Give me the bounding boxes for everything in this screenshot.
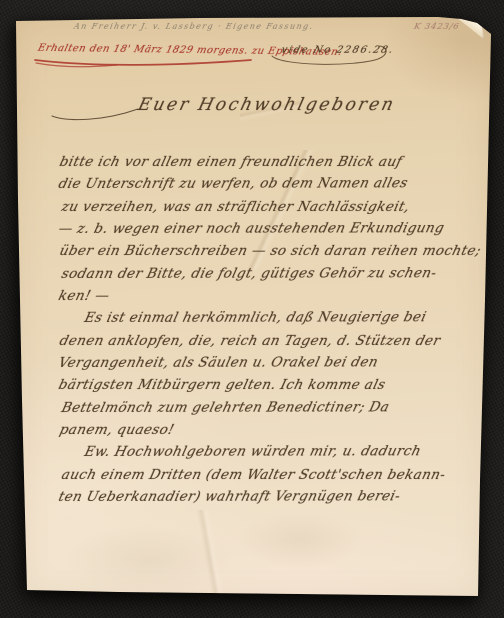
letter-line: bitte ich vor allem einen freundlichen B…	[57, 151, 476, 173]
letter-line: denen anklopfen, die, reich an Tagen, d.…	[57, 330, 476, 352]
letter-line: Vergangenheit, als Säulen u. Orakel bei …	[56, 351, 476, 374]
letter-line: — z. b. wegen einer noch ausstehenden Er…	[56, 217, 476, 240]
vide-circle-stroke	[268, 42, 394, 70]
letter-line: bärtigsten Mitbürgern gelten. Ich komme …	[56, 374, 476, 396]
letter-line: panem, quaeso!	[57, 419, 476, 441]
letter-line: zu verzeihen, was an sträflicher Nachläs…	[59, 196, 476, 218]
letter-line: Es ist einmal herkömmlich, daß Neugierig…	[56, 307, 476, 330]
letter-line: ten Ueberkanadier) wahrhaft Vergnügen be…	[56, 485, 476, 508]
red-underline-stroke	[33, 56, 257, 70]
letter-sheet: An Freiherr J. v. Lassberg · Eigene Fass…	[0, 0, 504, 618]
letter-line: auch einem Dritten (dem Walter Scott'sch…	[59, 464, 476, 486]
salutation-flourish	[50, 106, 140, 124]
letter-line: Ew. Hochwohlgeboren würden mir, u. dadur…	[56, 441, 476, 464]
salutation: Euer Hochwohlgeboren	[136, 95, 398, 115]
photo-background: An Freiherr J. v. Lassberg · Eigene Fass…	[0, 0, 504, 618]
letter-body: bitte ich vor allem einen freundlichen B…	[56, 151, 470, 509]
letter-line: sodann der Bitte, die folgt, gütiges Geh…	[59, 262, 476, 285]
dedication-note: An Freiherr J. v. Lassberg · Eigene Fass…	[73, 22, 314, 31]
letter-line: ken! —	[56, 285, 476, 307]
catalog-number: K 3423/6	[413, 22, 460, 32]
paper-surface: An Freiherr J. v. Lassberg · Eigene Fass…	[0, 0, 504, 618]
letter-line: die Unterschrift zu werfen, ob dem Namen…	[56, 172, 476, 195]
letter-line: Bettelmönch zum gelehrten Benedictiner; …	[59, 396, 476, 419]
letter-line: über ein Bücherschreiben — so sich daran…	[57, 240, 476, 262]
